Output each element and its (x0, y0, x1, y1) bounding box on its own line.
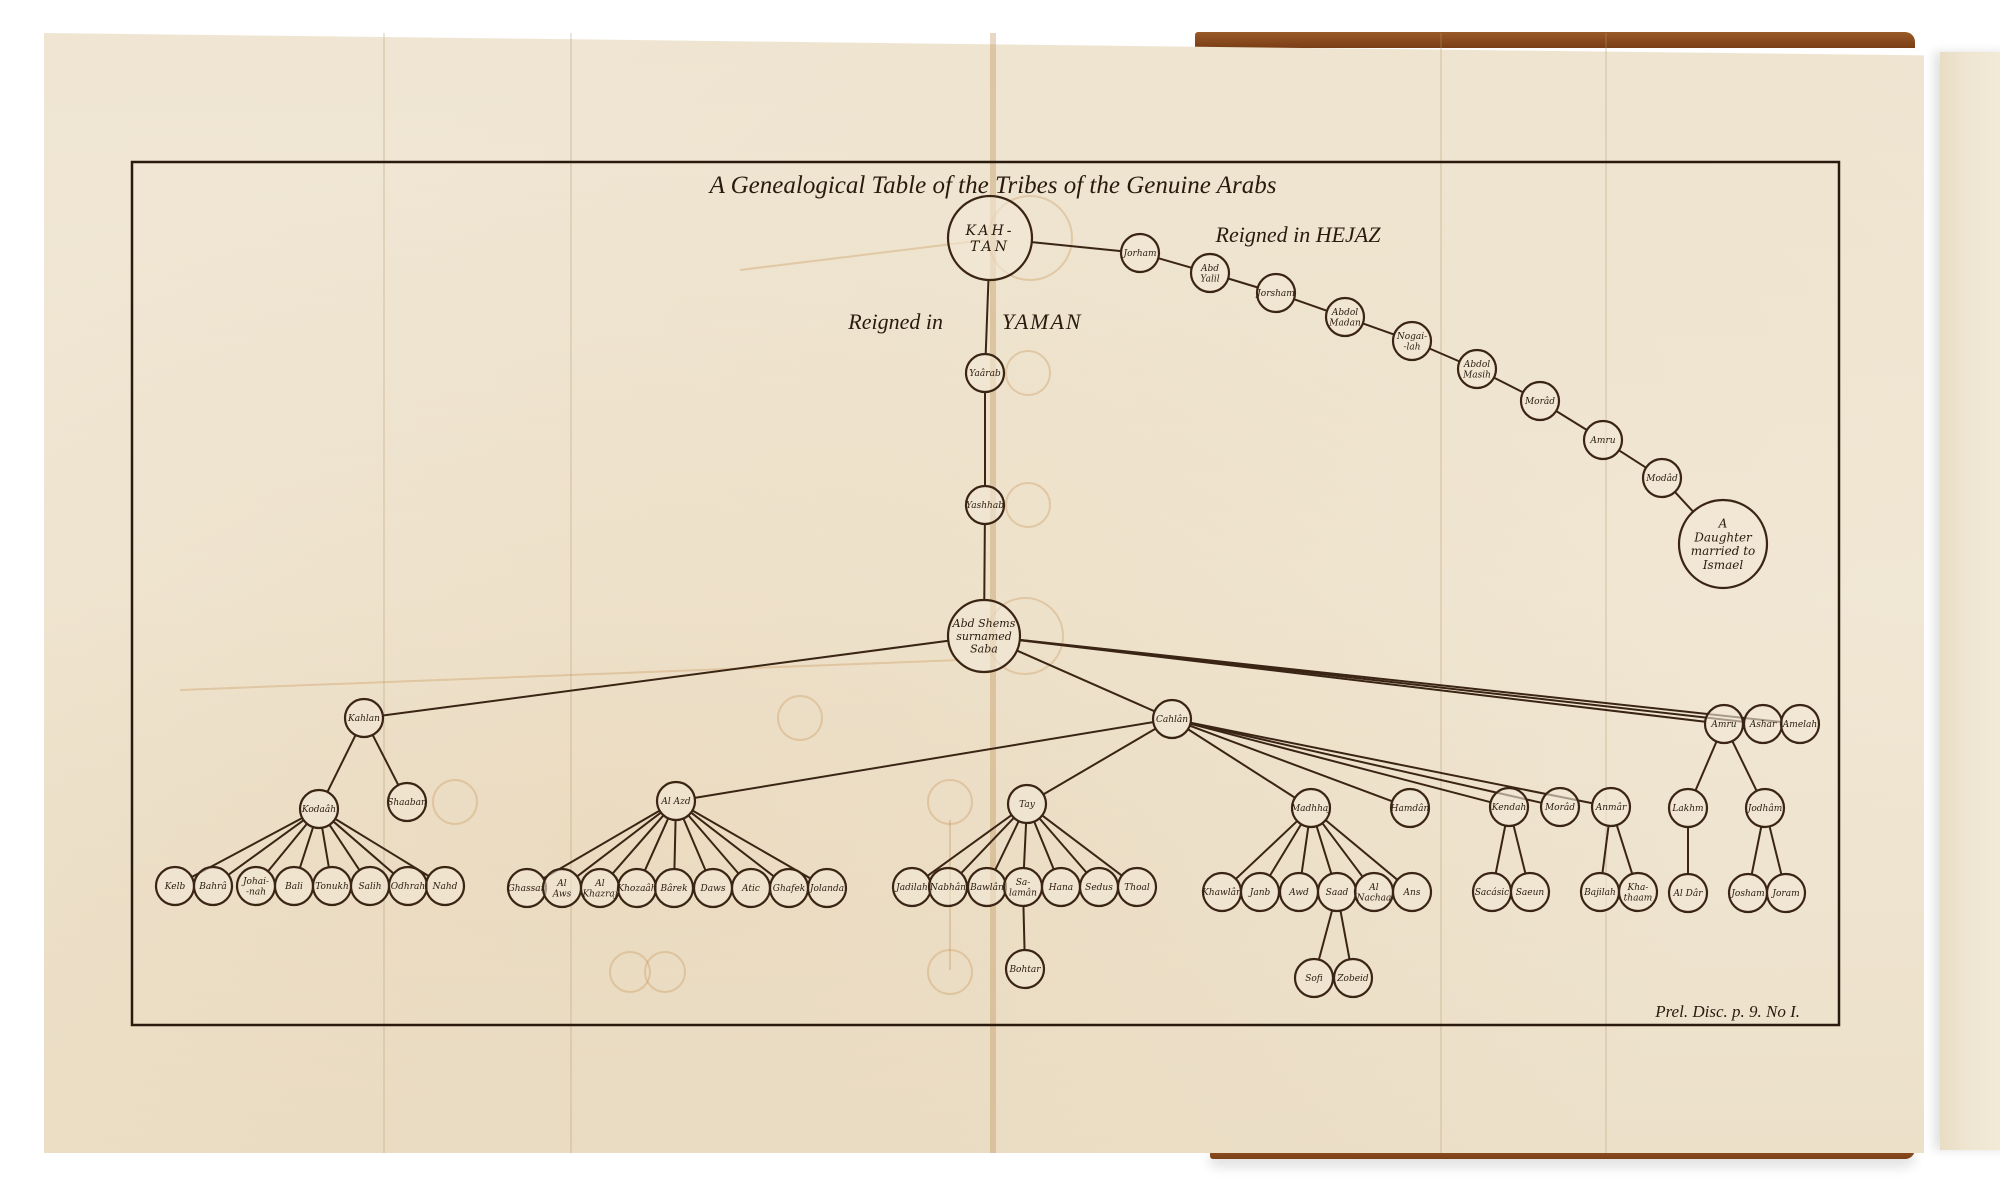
lineage-edge-jorham-abdyalil (1158, 258, 1191, 268)
node-label: Sa- (1016, 878, 1031, 888)
tribe-node-morad1: Morâd (1521, 382, 1559, 420)
lineage-edge-saad-zobeid (1340, 911, 1349, 960)
tribe-node-khozaah: Khozaâh (616, 869, 656, 907)
node-label: thaam (1624, 893, 1653, 903)
lineage-edge-abdolmasih-morad1 (1494, 378, 1523, 393)
lineage-edge-cahlan-anmar (1191, 723, 1593, 804)
node-label: Jodhâm (1746, 803, 1782, 814)
node-label: Al Azd (660, 797, 690, 807)
node-label: Modâd (1645, 473, 1678, 484)
node-label: Nabhân (929, 882, 966, 893)
lineage-edge-tay-salaman (1024, 823, 1026, 868)
tribe-node-morad2: Morâd (1541, 788, 1579, 826)
node-label: Al Dâr (1672, 888, 1703, 899)
lineage-edge-madhhaj-khawlan (1236, 821, 1297, 879)
lineage-edge-kodaah-tonukh (322, 828, 329, 868)
node-label: Ans (1403, 888, 1421, 898)
node-label: Daws (700, 884, 726, 894)
lineage-edge-amru2-jodham (1732, 741, 1756, 791)
lineage-edge-yashhab-abdshems (984, 524, 985, 600)
node-label: Yashhab (966, 501, 1004, 511)
node-label: Sofi (1305, 974, 1323, 984)
node-label: Al (1368, 883, 1378, 893)
node-label: Bahrâ (198, 881, 226, 892)
tribe-node-jadilah: Jadilah (893, 868, 931, 906)
tribe-node-sedus: Sedus (1080, 868, 1118, 906)
node-label: Morâd (1524, 396, 1555, 407)
tribe-node-nahd: Nahd (426, 867, 464, 905)
tribe-node-amru2: Amru (1705, 705, 1743, 743)
node-label: -lah (1403, 342, 1420, 352)
lineage-edge-kahlan-shaaban (373, 735, 399, 785)
tribe-node-janb: Janb (1241, 873, 1279, 911)
node-label: Bohtar (1008, 965, 1041, 975)
tribe-node-salaman: Sa-lamân (1004, 868, 1042, 906)
node-label: Khawlân (1201, 887, 1242, 898)
tribe-node-thoal: Thoal (1118, 868, 1156, 906)
node-label: Anmâr (1595, 802, 1627, 813)
node-label: Yaârab (969, 368, 1001, 379)
lineage-edge-kahtan-jorham (1032, 242, 1121, 251)
lineage-edge-anmar-khathaam (1617, 825, 1632, 874)
tribe-node-odhrah: Odhrah (389, 867, 427, 905)
lineage-edge-madhhaj-awd (1302, 827, 1309, 873)
node-label: Khazraj (581, 889, 617, 899)
tribe-node-barek: Bârek (655, 869, 693, 907)
node-label: Tonukh (315, 882, 349, 892)
node-label: Ghassan (508, 884, 547, 894)
node-label: Kendah (1491, 803, 1527, 813)
tribe-node-kendah: Kendah (1490, 788, 1528, 826)
tribe-node-alaws: AlAws (543, 869, 581, 907)
lineage-edge-abdshems-amelah (1020, 640, 1781, 722)
tribe-node-daws: Daws (694, 869, 732, 907)
tribe-node-bohtar: Bohtar (1006, 950, 1044, 988)
lineage-edge-alazd-barek (674, 820, 675, 869)
node-label: Bali (284, 882, 303, 892)
node-label: Bajilah (1583, 888, 1616, 898)
tribe-node-kelb: Kelb (156, 867, 194, 905)
lineage-edge-alazd-khozaah (645, 818, 668, 870)
tribe-node-modad: Modâd (1643, 459, 1681, 497)
lineage-edge-tay-bawlan (995, 821, 1019, 870)
tribe-node-alnachaa: AlNachaa (1355, 873, 1393, 911)
node-label: Yalil (1200, 274, 1219, 284)
lineage-edge-abdolmadan-nogailah (1363, 323, 1394, 334)
node-label: Nachaa (1356, 893, 1392, 903)
plate-reference: Prel. Disc. p. 9. No I. (1654, 1002, 1800, 1021)
node-label: Madhhaj (1290, 804, 1331, 814)
node-label: Abdol (1463, 360, 1490, 370)
tribe-node-shaaban: Shaaban (387, 783, 427, 821)
tribe-node-cahlan: Cahlân (1153, 700, 1191, 738)
tribe-node-ashar: Ashar (1744, 705, 1782, 743)
tribe-node-ghafek: Ghafek (770, 869, 808, 907)
node-label: Odhrah (391, 882, 425, 892)
node-label: Masih (1462, 370, 1491, 380)
tribe-node-yaarab: Yaârab (966, 354, 1004, 392)
node-label: Awd (1288, 888, 1309, 898)
node-label: Cahlân (1156, 714, 1188, 725)
node-label: Amru (1710, 720, 1736, 730)
node-label: Saba (970, 643, 998, 656)
node-label: Atic (741, 884, 760, 894)
tribe-node-alazd: Al Azd (657, 782, 695, 820)
node-label: Ismael (1702, 558, 1744, 572)
tribe-node-amelah: Amelah (1781, 705, 1819, 743)
tribe-node-abdshems: Abd ShemssurnamedSaba (948, 600, 1020, 672)
node-label: Ghafek (773, 884, 805, 894)
lineage-edge-cahlan-hamdan (1190, 726, 1392, 802)
node-label: Amru (1589, 436, 1615, 446)
tribe-node-khawlan: Khawlân (1201, 873, 1242, 911)
lineage-edge-jodham-josham (1752, 827, 1762, 875)
lineage-edge-nogailah-abdolmasih (1429, 349, 1459, 362)
lineage-edge-amru1-modad (1619, 450, 1646, 467)
tribe-node-abdolmadan: AbdolMadan (1326, 298, 1364, 336)
lineage-edge-abdyalil-jorsham (1228, 279, 1258, 288)
node-label: Abdol (1331, 308, 1358, 318)
node-label: Jorham (1121, 249, 1156, 259)
node-label: Jadilah (894, 883, 928, 893)
node-label: Khozaâh (616, 883, 656, 894)
tribe-node-kahlan: Kahlan (345, 699, 383, 737)
tribe-node-tonukh: Tonukh (313, 867, 351, 905)
tribe-node-kahtan: KAH-TAN (948, 196, 1032, 280)
lineage-edge-saad-sofi (1319, 910, 1332, 959)
lineage-edge-tay-jadilah (927, 815, 1011, 876)
tribe-node-sofi: Sofi (1295, 959, 1333, 997)
tribe-node-nabhan: Nabhân (929, 868, 967, 906)
node-label: Jolanda (808, 884, 844, 894)
tribe-node-ans: Ans (1393, 873, 1431, 911)
lineage-edge-jodham-joram (1770, 826, 1782, 874)
lineage-edge-modad-daughter (1675, 492, 1693, 512)
genealogical-table-diagram: A Genealogical Table of the Tribes of th… (0, 0, 2000, 1201)
tribe-node-hamdan: Hamdân (1390, 789, 1430, 827)
tribe-node-saeun: Saeun (1511, 873, 1549, 911)
node-label: Janb (1248, 888, 1271, 898)
node-label: Kahlan (347, 714, 380, 724)
lineage-edge-alazd-daws (683, 818, 705, 870)
tribe-node-bajilah: Bajilah (1581, 873, 1619, 911)
node-label: surnamed (956, 630, 1012, 643)
lineage-edge-jorsham-abdolmadan (1294, 299, 1327, 311)
tribe-node-lakhm: Lakhm (1669, 789, 1707, 827)
node-label: Aws (552, 889, 572, 899)
tribe-node-bali: Bali (275, 867, 313, 905)
tribe-node-abdolmasih: AbdolMasih (1458, 350, 1496, 388)
lineage-edge-tay-sedus (1039, 818, 1086, 872)
tribe-node-jodham: Jodhâm (1746, 789, 1784, 827)
node-label: Hana (1048, 883, 1073, 893)
tribe-node-jorsham: Jorsham (1255, 274, 1295, 312)
tribe-node-salih: Salih (351, 867, 389, 905)
node-label: Nahd (432, 882, 458, 892)
node-label: Shaaban (387, 798, 427, 808)
tribe-node-amru1: Amru (1584, 421, 1622, 459)
node-label: Kha- (1627, 883, 1649, 893)
tribe-node-saad: Saad (1318, 873, 1356, 911)
tribe-node-jolanda: Jolanda (808, 869, 846, 907)
tribe-node-kodaah: Kodaâh (300, 790, 338, 828)
node-label: Salih (358, 882, 381, 892)
lineage-edge-kendah-saeun (1514, 825, 1526, 873)
lineage-edge-kahlan-kodaah (327, 735, 355, 792)
node-label: Sedus (1085, 883, 1113, 893)
tribe-node-ghassan: Ghassan (508, 869, 547, 907)
node-label: Al (556, 879, 566, 889)
lineage-edge-salaman-bohtar (1023, 906, 1024, 950)
node-label: Al (594, 879, 604, 889)
tribe-node-bawlan: Bawlân (968, 868, 1006, 906)
tribe-node-zobeid: Zobeid (1334, 959, 1372, 997)
lineage-edge-anmar-bajilah (1602, 826, 1608, 873)
lineage-edge-madhhaj-ans (1326, 820, 1398, 880)
node-label: Lakhm (1671, 804, 1703, 814)
lineage-edge-kahtan-yaarab (986, 280, 989, 354)
tribe-node-anmar: Anmâr (1592, 788, 1630, 826)
region-label-yaman-name: YAMAN (1002, 309, 1083, 334)
tribe-node-yashhab: Yashhab (966, 486, 1004, 524)
node-label: Hamdân (1390, 803, 1430, 814)
node-label: A (1718, 517, 1728, 531)
lineage-edge-morad1-amru1 (1556, 411, 1587, 430)
tribe-node-daughter: ADaughtermarried toIsmael (1679, 500, 1767, 588)
tribe-node-hana: Hana (1042, 868, 1080, 906)
node-label: lamân (1009, 887, 1037, 898)
node-label: Sacásic (1475, 887, 1509, 898)
node-label: Zobeid (1336, 974, 1369, 984)
tribe-node-johainah: Johai--nah (237, 867, 275, 905)
tribe-node-joram: Joram (1767, 874, 1805, 912)
lineage-edge-kodaah-bali (300, 827, 313, 868)
node-label: Amelah (1782, 720, 1817, 730)
region-label-yaman-prefix: Reigned in (847, 309, 943, 334)
node-label: KAH- (965, 223, 1015, 239)
node-label: Johai- (241, 877, 269, 887)
node-label: Bârek (659, 883, 687, 894)
tribe-node-nogailah: Nogai--lah (1393, 322, 1431, 360)
lineage-edge-cahlan-alazd (695, 722, 1154, 798)
lineage-edge-abdshems-cahlan (1017, 651, 1155, 712)
tribe-node-khathaam: Kha-thaam (1619, 873, 1657, 911)
node-label: Tay (1019, 800, 1036, 810)
node-label: Morâd (1544, 802, 1575, 813)
node-label: Nogai- (1396, 332, 1427, 342)
lineage-edge-kendah-sacasic (1496, 826, 1506, 874)
node-label: married to (1691, 544, 1756, 558)
lineage-edge-cahlan-kendah (1190, 724, 1490, 802)
tribe-node-josham: Josham (1729, 874, 1767, 912)
node-label: Jorsham (1255, 289, 1295, 299)
node-label: Saeun (1516, 888, 1545, 898)
node-label: Josham (1729, 889, 1764, 899)
node-label: Kodaâh (301, 804, 336, 815)
tribe-node-atic: Atic (732, 869, 770, 907)
node-label: Daughter (1693, 530, 1753, 544)
node-label: Thoal (1124, 883, 1150, 893)
node-label: Saad (1326, 888, 1349, 898)
region-label-hejaz: Reigned in HEJAZ (1215, 222, 1382, 247)
tribe-node-tay: Tay (1008, 785, 1046, 823)
node-label: Kelb (164, 882, 186, 892)
tribe-node-aldar: Al Dâr (1669, 874, 1707, 912)
tribe-node-abdyalil: AbdYalil (1191, 254, 1229, 292)
node-label: Ashar (1749, 720, 1777, 730)
node-label: Abd (1200, 264, 1219, 274)
lineage-edge-tay-hana (1034, 822, 1054, 870)
node-label: Abd Shems (952, 617, 1016, 630)
tribe-node-jorham: Jorham (1121, 234, 1159, 272)
lineage-edge-kodaah-odhrah (333, 821, 393, 873)
tribe-node-sacasic: Sacásic (1473, 873, 1511, 911)
tribe-node-awd: Awd (1280, 873, 1318, 911)
tribe-node-alkhazraj: AlKhazraj (581, 869, 619, 907)
node-label: Bawlân (969, 882, 1004, 893)
tribe-node-bahra: Bahrâ (194, 867, 232, 905)
tribe-node-madhhaj: Madhhaj (1290, 789, 1331, 827)
node-label: TAN (970, 239, 1010, 255)
node-label: Joram (1770, 889, 1799, 899)
node-label: Madan (1328, 318, 1361, 328)
node-label: -nah (246, 887, 266, 897)
lineage-edge-amru2-lakhm (1695, 741, 1716, 790)
lineage-edge-madhhaj-alnachaa (1322, 823, 1362, 877)
